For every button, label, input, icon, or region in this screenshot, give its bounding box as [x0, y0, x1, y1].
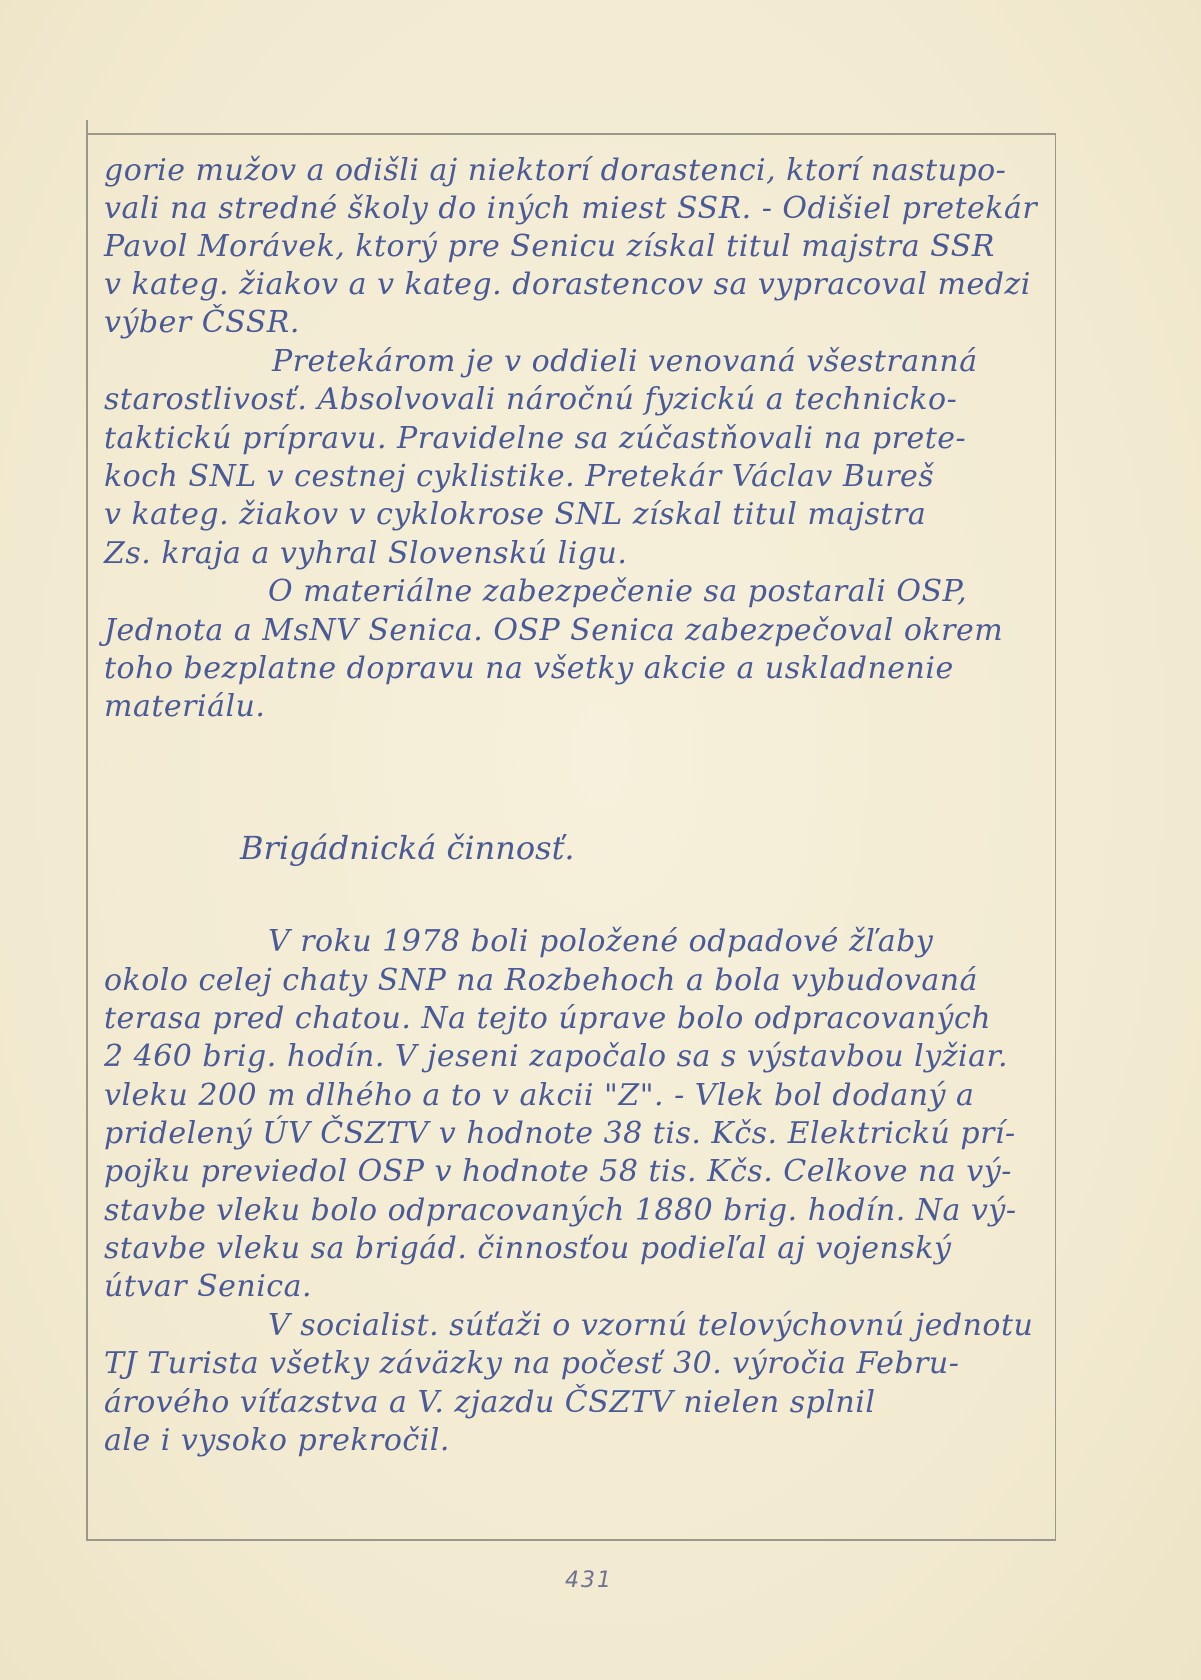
text-line: árového víťazstva a V. zjazdu ČSZTV niel… [104, 1384, 875, 1422]
text-line: TJ Turista všetky záväzky na počesť 30. … [104, 1345, 959, 1383]
text-line: taktickú prípravu. Pravidelne sa zúčastň… [104, 420, 966, 458]
text-line: toho bezplatne dopravu na všetky akcie a… [104, 650, 954, 688]
text-line: v kateg. žiakov v cyklokrose SNL získal … [104, 496, 926, 534]
text-line: pridelený ÚV ČSZTV v hodnote 38 tis. Kčs… [104, 1115, 1016, 1153]
text-line-indented: V roku 1978 boli položené odpadové žľaby [268, 923, 933, 961]
text-line: terasa pred chatou. Na tejto úprave bolo… [104, 1000, 991, 1038]
text-line: výber ČSSR. [104, 304, 300, 342]
text-line: útvar Senica. [104, 1268, 312, 1306]
text-line-indented: O materiálne zabezpečenie sa postarali O… [268, 573, 967, 611]
text-line: vleku 200 m dlhého a to v akcii "Z". - V… [104, 1077, 974, 1115]
text-line: starostlivosť. Absolvovali náročnú fyzic… [104, 381, 957, 419]
frame-corner-tick [86, 120, 88, 134]
text-line: Jednota a MsNV Senica. OSP Senica zabezp… [104, 612, 1003, 650]
text-line: ale i vysoko prekročil. [104, 1422, 450, 1460]
text-line: pojku previedol OSP v hodnote 58 tis. Kč… [104, 1153, 1012, 1191]
text-line: stavbe vleku bolo odpracovaných 1880 bri… [104, 1192, 1016, 1230]
section-heading: Brigádnická činnosť. [240, 828, 575, 868]
chronicle-page: gorie mužov a odišli aj niektorí doraste… [0, 0, 1201, 1680]
text-line: Pavol Morávek, ktorý pre Senicu získal t… [104, 228, 995, 266]
text-line: 2 460 brig. hodín. V jeseni započalo sa … [104, 1038, 1008, 1076]
text-line: materiálu. [104, 688, 265, 726]
text-line: koch SNL v cestnej cyklistike. Pretekár … [104, 458, 934, 496]
page-number: 431 [565, 1568, 613, 1593]
text-line-indented: V socialist. súťaži o vzornú telovýchovn… [268, 1307, 1033, 1345]
text-line: Zs. kraja a vyhral Slovenskú ligu. [104, 535, 627, 573]
text-line-indented: Pretekárom je v oddieli venovaná všestra… [272, 343, 978, 381]
text-line: okolo celej chaty SNP na Rozbehoch a bol… [104, 962, 978, 1000]
text-line: vali na stredné školy do iných miest SSR… [104, 190, 1037, 228]
text-line: gorie mužov a odišli aj niektorí doraste… [104, 152, 1006, 190]
text-line: stavbe vleku sa brigád. činnosťou podieľ… [104, 1230, 951, 1268]
text-line: v kateg. žiakov a v kateg. dorastencov s… [104, 266, 1031, 304]
